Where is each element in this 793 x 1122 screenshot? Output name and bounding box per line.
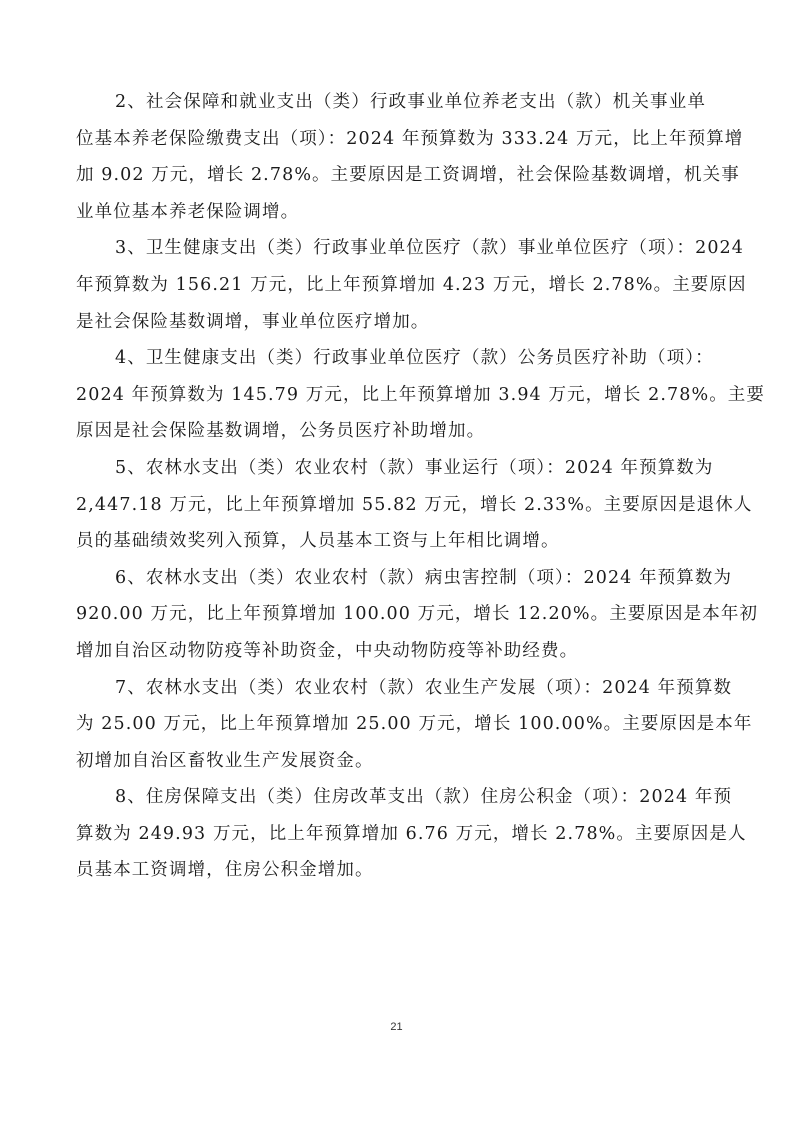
page-number: 21 <box>0 1021 793 1033</box>
paragraph-line: 位基本养老保险缴费支出（项）：2024 年预算数为 333.24 万元，比上年预… <box>76 125 706 162</box>
paragraph-item-7: 7、农林水支出（类）农业农村（款）农业生产发展（项）：2024 年预算数 为 2… <box>76 674 706 784</box>
paragraph-line: 原因是社会保险基数调增，公务员医疗补助增加。 <box>76 417 706 454</box>
paragraph-item-2: 2、社会保障和就业支出（类）行政事业单位养老支出（款）机关事业单 位基本养老保险… <box>76 88 706 234</box>
paragraph-line: 6、农林水支出（类）农业农村（款）病虫害控制（项）：2024 年预算数为 <box>76 564 706 601</box>
paragraph-line: 年预算数为 156.21 万元，比上年预算增加 4.23 万元，增长 2.78%… <box>76 271 706 308</box>
paragraph-item-3: 3、卫生健康支出（类）行政事业单位医疗（款）事业单位医疗（项）：2024 年预算… <box>76 234 706 344</box>
paragraph-line: 初增加自治区畜牧业生产发展资金。 <box>76 747 706 784</box>
paragraph-item-8: 8、住房保障支出（类）住房改革支出（款）住房公积金（项）：2024 年预 算数为… <box>76 783 706 893</box>
paragraph-line: 4、卫生健康支出（类）行政事业单位医疗（款）公务员医疗补助（项）： <box>76 344 706 381</box>
paragraph-item-6: 6、农林水支出（类）农业农村（款）病虫害控制（项）：2024 年预算数为 920… <box>76 564 706 674</box>
paragraph-line: 增加自治区动物防疫等补助资金，中央动物防疫等补助经费。 <box>76 637 706 674</box>
paragraph-line: 5、农林水支出（类）农业农村（款）事业运行（项）：2024 年预算数为 <box>76 454 706 491</box>
paragraph-item-4: 4、卫生健康支出（类）行政事业单位医疗（款）公务员医疗补助（项）： 2024 年… <box>76 344 706 454</box>
paragraph-line: 是社会保险基数调增，事业单位医疗增加。 <box>76 308 706 345</box>
paragraph-line: 为 25.00 万元，比上年预算增加 25.00 万元，增长 100.00%。主… <box>76 710 706 747</box>
paragraph-line: 3、卫生健康支出（类）行政事业单位医疗（款）事业单位医疗（项）：2024 <box>76 234 706 271</box>
document-body: 2、社会保障和就业支出（类）行政事业单位养老支出（款）机关事业单 位基本养老保险… <box>76 88 706 893</box>
document-page: 2、社会保障和就业支出（类）行政事业单位养老支出（款）机关事业单 位基本养老保险… <box>0 0 793 1122</box>
paragraph-line: 7、农林水支出（类）农业农村（款）农业生产发展（项）：2024 年预算数 <box>76 674 706 711</box>
paragraph-line: 算数为 249.93 万元，比上年预算增加 6.76 万元，增长 2.78%。主… <box>76 820 706 857</box>
paragraph-line: 2024 年预算数为 145.79 万元，比上年预算增加 3.94 万元，增长 … <box>76 381 706 418</box>
paragraph-line: 员基本工资调增，住房公积金增加。 <box>76 856 706 893</box>
paragraph-line: 2、社会保障和就业支出（类）行政事业单位养老支出（款）机关事业单 <box>76 88 706 125</box>
paragraph-line: 业单位基本养老保险调增。 <box>76 198 706 235</box>
paragraph-line: 员的基础绩效奖列入预算，人员基本工资与上年相比调增。 <box>76 527 706 564</box>
paragraph-item-5: 5、农林水支出（类）农业农村（款）事业运行（项）：2024 年预算数为 2,44… <box>76 454 706 564</box>
paragraph-line: 2,447.18 万元，比上年预算增加 55.82 万元，增长 2.33%。主要… <box>76 491 706 528</box>
paragraph-line: 920.00 万元，比上年预算增加 100.00 万元，增长 12.20%。主要… <box>76 600 706 637</box>
paragraph-line: 加 9.02 万元，增长 2.78%。主要原因是工资调增，社会保险基数调增，机关… <box>76 161 706 198</box>
paragraph-line: 8、住房保障支出（类）住房改革支出（款）住房公积金（项）：2024 年预 <box>76 783 706 820</box>
